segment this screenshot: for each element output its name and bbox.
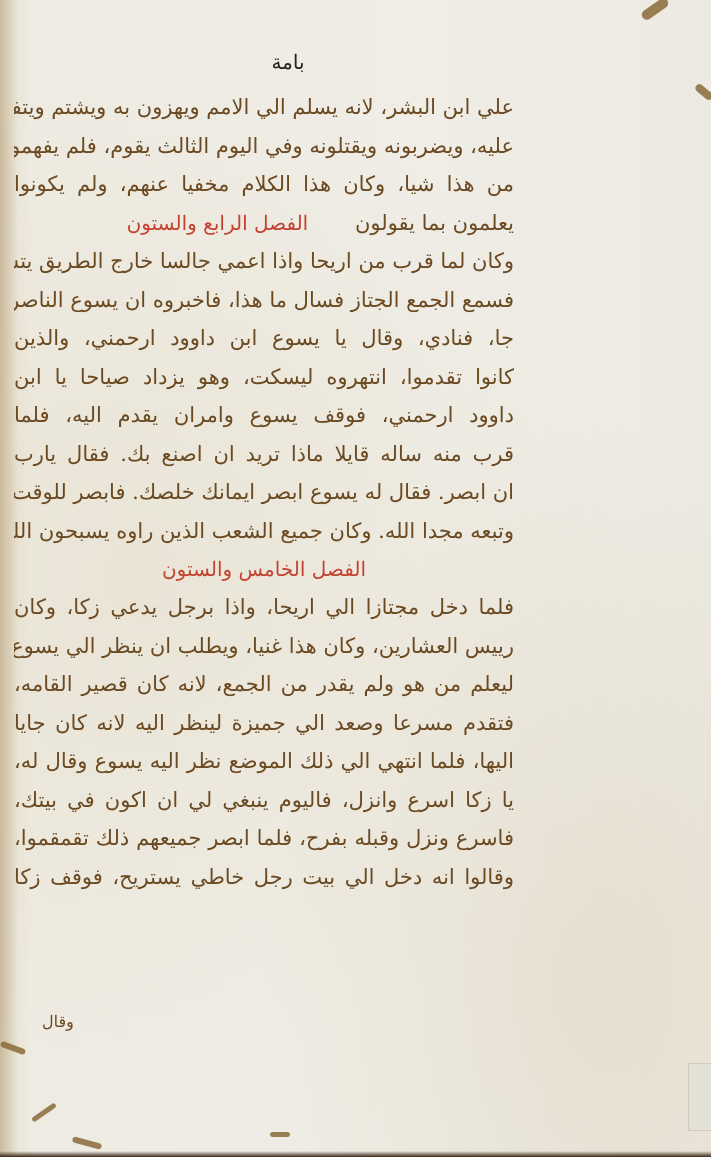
color-calibration-tab [688,1063,711,1131]
wormhole [31,1102,57,1122]
wormhole [640,0,670,22]
manuscript-page: بامة علي ابن البشر، لانه يسلم الي الامم … [0,0,711,1157]
wormhole [694,83,711,102]
text-line: جا، فنادي، وقال يا يسوع ابن داوود ارحمني… [14,319,514,358]
wormhole [270,1132,290,1137]
text-line: كانوا تقدموا، انتهروه ليسكت، وهو يزداد ص… [14,358,514,397]
catchword: وقال [42,1012,74,1031]
text-line: رييس العشارين، وكان هذا غنيا، ويطلب ان ي… [14,627,514,666]
text-line-with-heading: يعلمون بما يقولون الفصل الرابع والستون [14,204,514,243]
text-line: علي ابن البشر، لانه يسلم الي الامم ويهزو… [14,88,514,127]
page-bottom-edge [0,1151,711,1157]
text-line: وكان لما قرب من اريحا واذا اعمي جالسا خا… [14,242,514,281]
text-line: ان ابصر. فقال له يسوع ابصر ايمانك خلصك. … [14,473,514,512]
page-number: بامة [258,50,318,74]
text-line: فلما دخل مجتازا الي اريحا، واذا برجل يدع… [14,588,514,627]
text-line: من هذا شيا، وكان هذا الكلام مخفيا عنهم، … [14,165,514,204]
text-line: عليه، ويضربونه ويقتلونه وفي اليوم الثالث… [14,127,514,166]
text-line: يا زكا اسرع وانزل، فاليوم ينبغي لي ان اك… [14,781,514,820]
wormhole [72,1136,103,1150]
text-line: داوود ارحمني، فوقف يسوع وامران يقدم اليه… [14,396,514,435]
chapter-heading-65: الفصل الخامس والستون [14,550,514,588]
text-block: علي ابن البشر، لانه يسلم الي الامم ويهزو… [14,88,514,896]
text-line: وقالوا انه دخل الي بيت رجل خاطي يستريح، … [14,858,514,897]
text-line: فسمع الجمع الجتاز فسال ما هذا، فاخبروه ا… [14,281,514,320]
chapter-heading-64: الفصل الرابع والستون [127,204,309,242]
text-line: ليعلم من هو ولم يقدر من الجمع، لانه كان … [14,665,514,704]
text-line: فاسرع ونزل وقبله بفرح، فلما ابصر جميعهم … [14,819,514,858]
text-line: فتقدم مسرعا وصعد الي جميزة لينظر اليه لا… [14,704,514,743]
text-line: اليها، فلما انتهي الي ذلك الموضع نظر الي… [14,742,514,781]
text-line: وتبعه مجدا الله. وكان جميع الشعب الذين ر… [14,512,514,551]
text-line: يعلمون بما يقولون [355,211,514,235]
text-line: قرب منه ساله قايلا ماذا تريد ان اصنع بك.… [14,435,514,474]
